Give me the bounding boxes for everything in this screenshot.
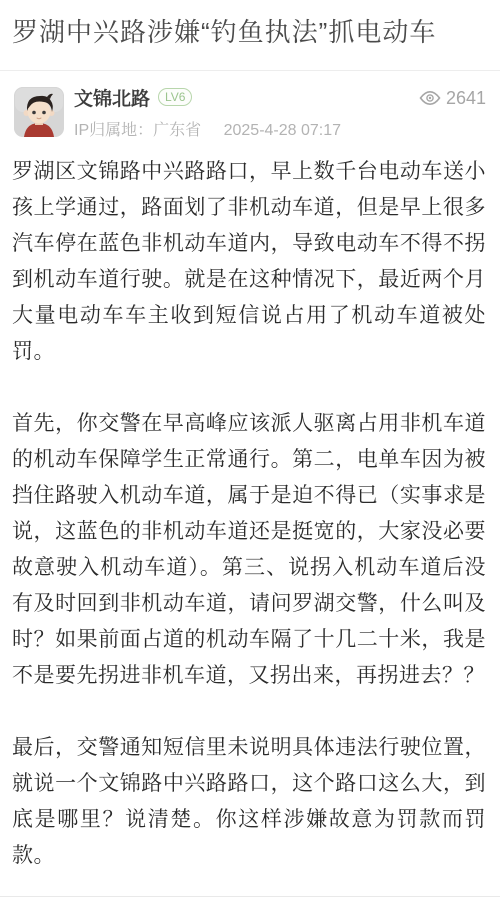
avatar[interactable] [14, 87, 64, 137]
level-badge: LV6 [158, 88, 192, 106]
view-counter: 2641 [419, 88, 486, 109]
post-title: 罗湖中兴路涉嫌“钓鱼执法”抓电动车 [0, 0, 500, 70]
author-row: 文锦北路 LV6 IP归属地：广东省 2025-4-28 07:17 2641 [0, 71, 500, 140]
eye-icon [419, 90, 441, 106]
post-paragraph: 罗湖区文锦路中兴路路口，早上数千台电动车送小孩上学通过，路面划了非机动车道，但是… [12, 154, 486, 370]
post-body: 罗湖区文锦路中兴路路口，早上数千台电动车送小孩上学通过，路面划了非机动车道，但是… [0, 140, 500, 874]
post-page: 罗湖中兴路涉嫌“钓鱼执法”抓电动车 [0, 0, 500, 897]
post-paragraph: 最后，交警通知短信里未说明具体违法行驶位置，就说一个文锦路中兴路路口，这个路口这… [12, 730, 486, 874]
author-info: 文锦北路 LV6 IP归属地：广东省 2025-4-28 07:17 [74, 84, 419, 140]
view-count: 2641 [446, 88, 486, 109]
post-timestamp: 2025-4-28 07:17 [224, 122, 341, 139]
author-name[interactable]: 文锦北路 [74, 84, 150, 111]
ip-location-value: 广东省 [153, 122, 201, 139]
post-paragraph: 首先，你交警在早高峰应该派人驱离占用非机车道的机动车保障学生正常通行。第二，电单… [12, 406, 486, 694]
boy-avatar-icon [14, 87, 64, 137]
author-name-line: 文锦北路 LV6 [74, 84, 419, 111]
author-meta-line: IP归属地：广东省 2025-4-28 07:17 [74, 117, 419, 140]
ip-location-label: IP归属地： [74, 122, 153, 139]
